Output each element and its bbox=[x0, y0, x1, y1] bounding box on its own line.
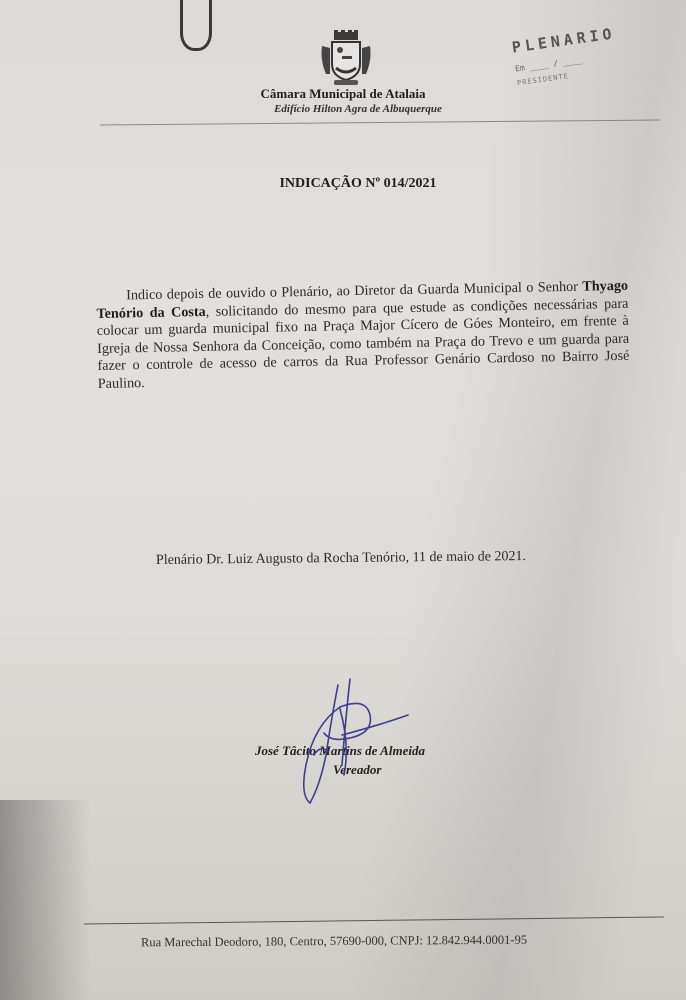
handwritten-signature-icon bbox=[280, 675, 420, 810]
date-place-line: Plenário Dr. Luiz Augusto da Rocha Tenór… bbox=[156, 549, 526, 569]
document-title: INDICAÇÃO Nº 014/2021 bbox=[0, 176, 686, 192]
paperclip-icon bbox=[180, 0, 212, 51]
footer-divider bbox=[84, 916, 664, 924]
header-divider bbox=[100, 120, 660, 126]
footer-address: Rua Marechal Deodoro, 180, Centro, 57690… bbox=[141, 933, 527, 951]
document-body: Indico depois de ouvido o Plenário, ao D… bbox=[96, 278, 630, 393]
coat-of-arms-icon bbox=[316, 30, 376, 86]
building-name: Edifício Hilton Agra de Albuquerque bbox=[0, 103, 686, 115]
page-shadow bbox=[0, 800, 90, 1000]
body-paragraph: Indico depois de ouvido o Plenário, ao D… bbox=[96, 278, 630, 393]
document-page: Câmara Municipal de Atalaia Edifício Hil… bbox=[0, 0, 686, 1000]
